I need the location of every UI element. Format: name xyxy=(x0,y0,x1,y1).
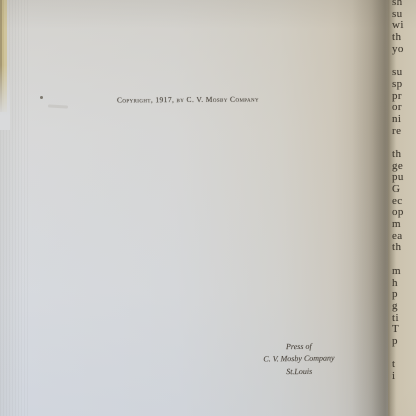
text-fragment-line: su xyxy=(392,9,416,21)
text-fragment-line: wi xyxy=(392,20,416,32)
text-fragment-line: ni xyxy=(392,114,416,126)
text-fragment-line: sh xyxy=(392,0,416,9)
copyright-line: Copyright, 1917, by C. V. Mosby Company xyxy=(100,94,276,104)
paper-speck xyxy=(40,96,43,99)
text-fragment-line: pu xyxy=(392,172,416,184)
text-fragment-line: p xyxy=(392,289,416,301)
text-fragment-line: i xyxy=(392,371,416,383)
facing-page-edge: shsuwithyo suspprornire thgepuGecopmeath… xyxy=(388,0,416,416)
imprint-city: St.Louis xyxy=(243,365,355,379)
text-fragment-line: T xyxy=(392,324,416,336)
text-fragment-line: sp xyxy=(392,79,416,91)
text-fragment-line: th xyxy=(392,149,416,161)
text-fragment-line: or xyxy=(392,102,416,114)
text-fragment-line: su xyxy=(392,67,416,79)
text-fragment-line: ea xyxy=(392,231,416,243)
book-photo: Copyright, 1917, by C. V. Mosby Company … xyxy=(0,0,416,416)
text-fragment-line xyxy=(392,55,416,67)
text-fragment-line xyxy=(392,254,416,266)
text-fragment-line: yo xyxy=(392,44,416,56)
text-fragment-line: th xyxy=(392,32,416,44)
text-fragment-line xyxy=(392,348,416,360)
page-edge-strip-fade xyxy=(0,0,10,130)
text-fragment-line: pr xyxy=(392,91,416,103)
text-fragment-line: t xyxy=(392,359,416,371)
text-fragment-line: op xyxy=(392,207,416,219)
printer-imprint: Press of C. V. Mosby Company St.Louis xyxy=(243,340,356,378)
facing-page-text-column: shsuwithyo suspprornire thgepuGecopmeath… xyxy=(392,0,416,383)
text-fragment-line: m xyxy=(392,219,416,231)
paper-smudge xyxy=(48,104,68,108)
text-fragment-line: p xyxy=(392,336,416,348)
text-fragment-line: h xyxy=(392,278,416,290)
text-fragment-line: G xyxy=(392,184,416,196)
text-fragment-line: th xyxy=(392,242,416,254)
text-fragment-line xyxy=(392,137,416,149)
left-page: Copyright, 1917, by C. V. Mosby Company … xyxy=(0,0,388,416)
text-fragment-line: ec xyxy=(392,196,416,208)
text-fragment-line: g xyxy=(392,301,416,313)
text-fragment-line: m xyxy=(392,266,416,278)
text-fragment-line: ge xyxy=(392,161,416,173)
text-fragment-line: re xyxy=(392,126,416,138)
text-fragment-line: ti xyxy=(392,313,416,325)
